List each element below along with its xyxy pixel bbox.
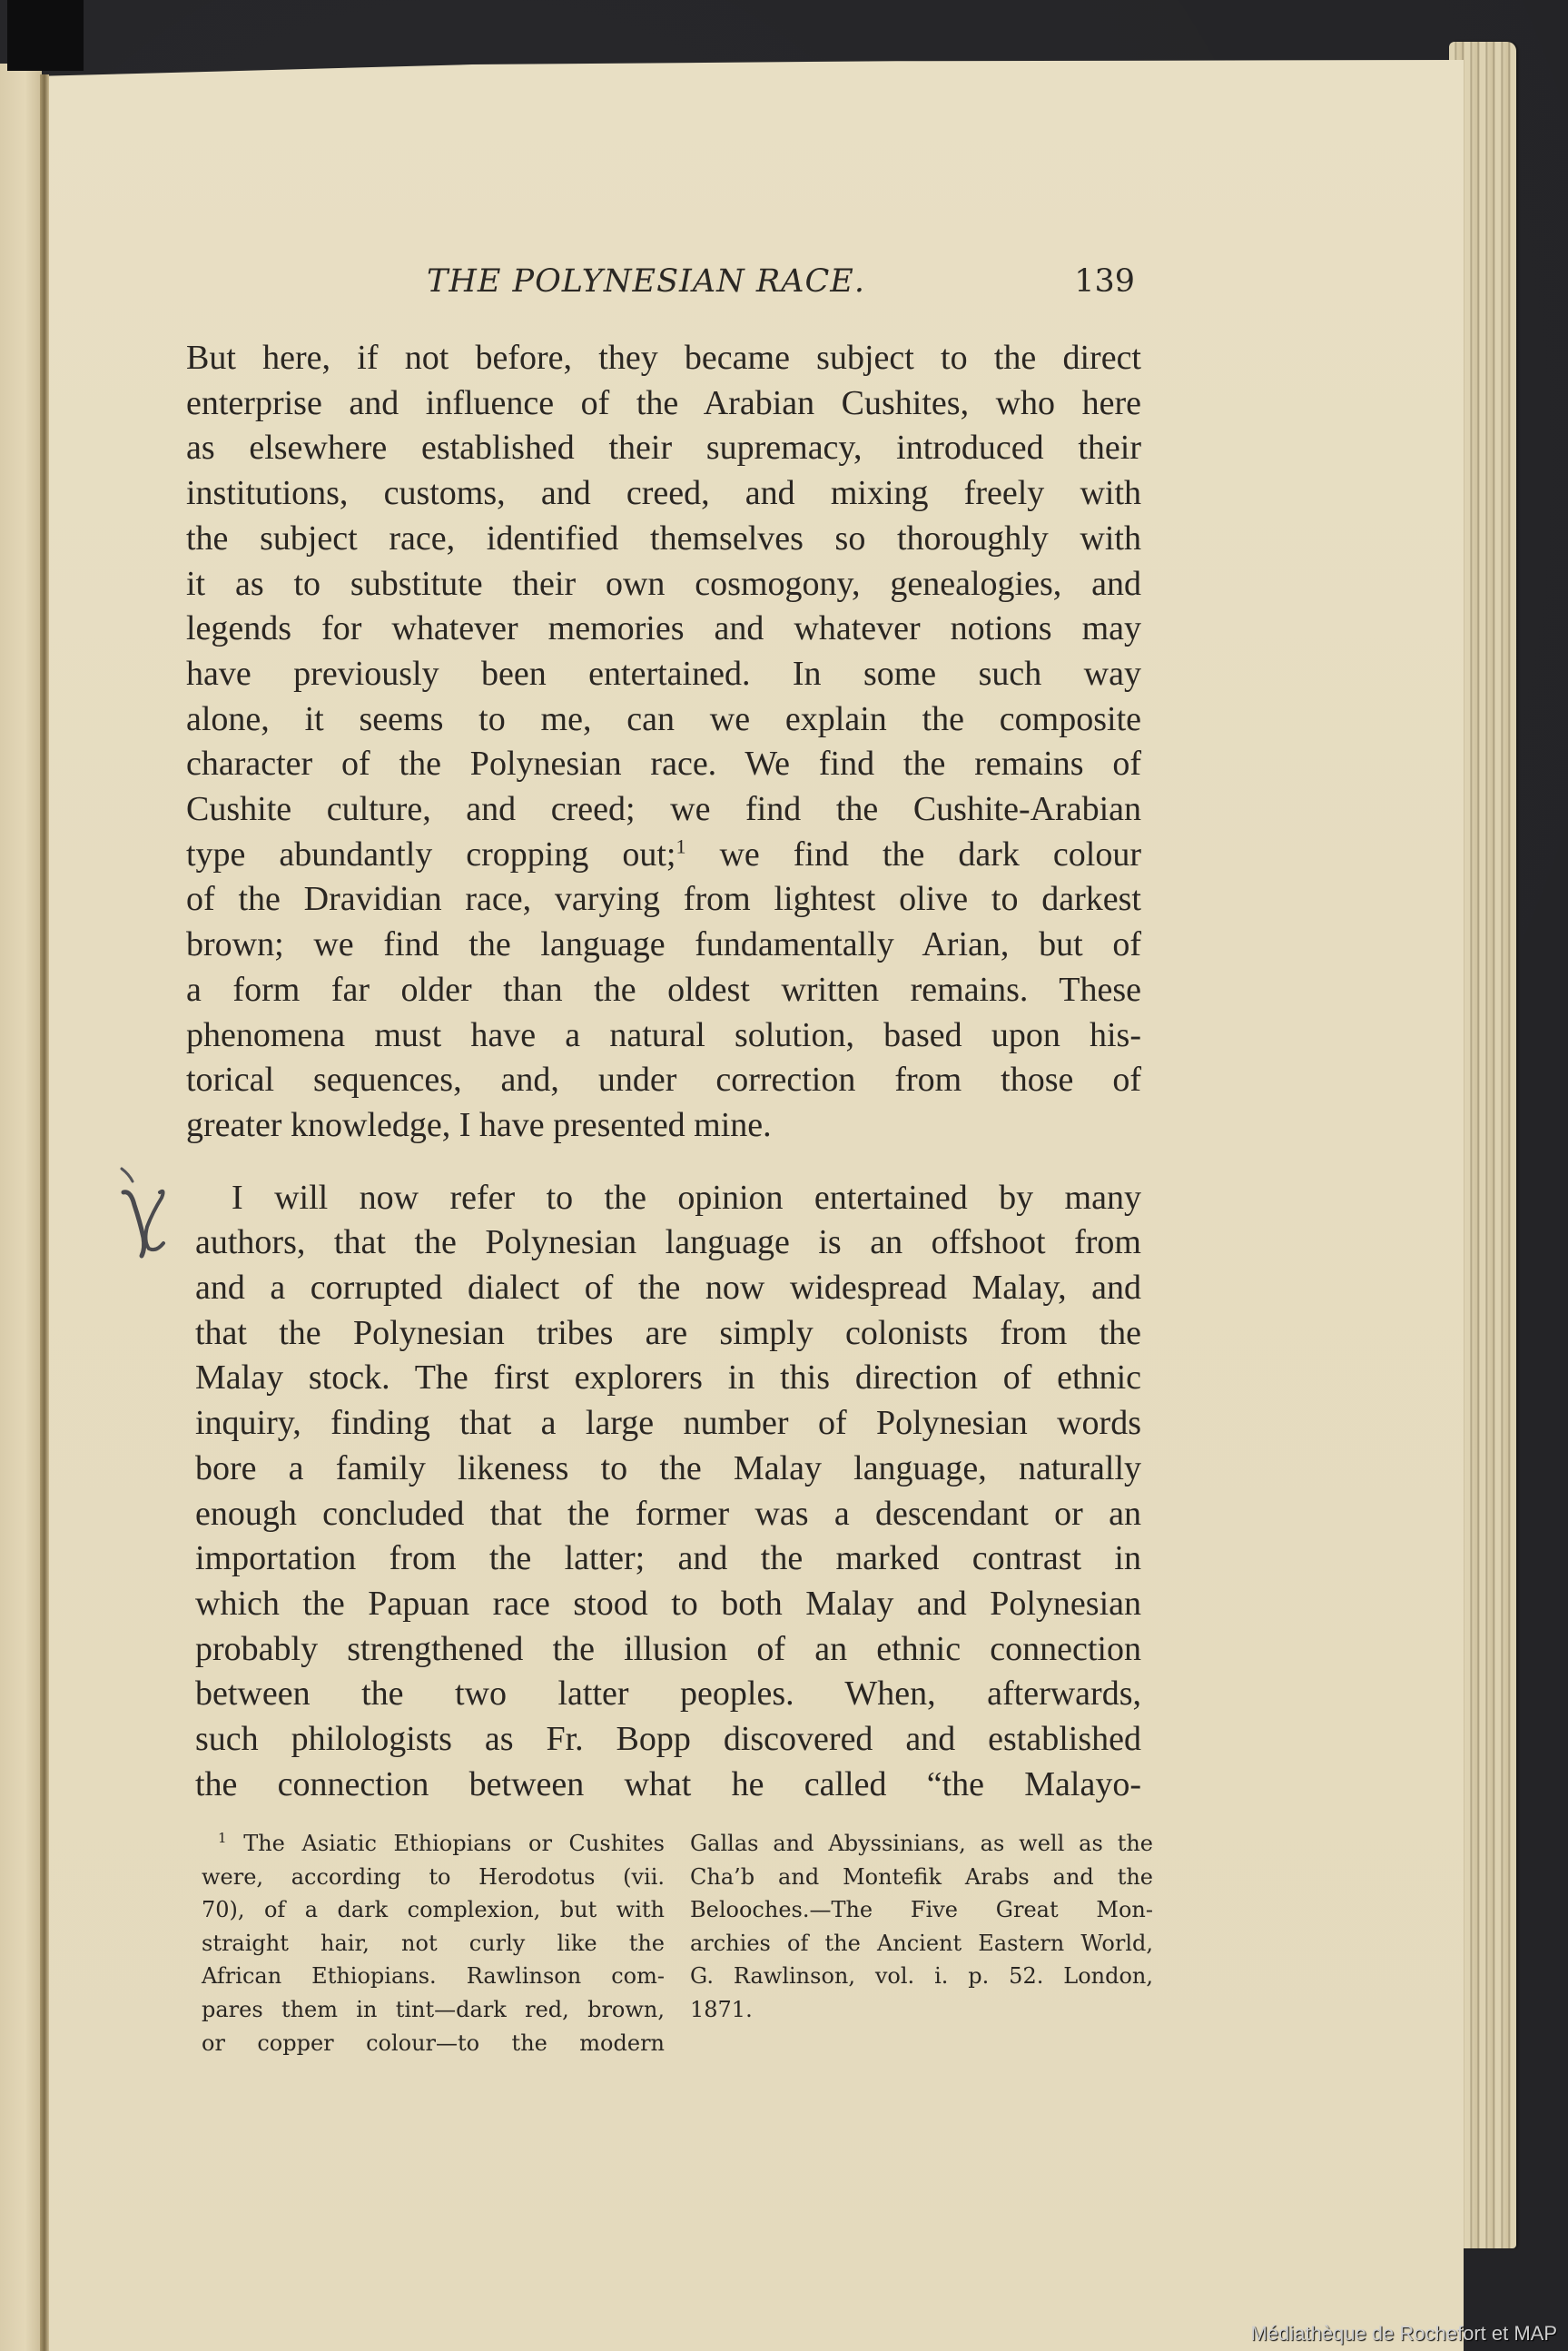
footnote-column-right: Gallas and Abyssinians, as well as the C… (690, 1827, 1153, 2060)
text-line: torical sequences, and, under correction… (186, 1058, 1141, 1103)
footnote-line: straight hair, not curly like the (202, 1927, 665, 1961)
watermark: Médiathèque de Rochefort et MAP (1250, 2322, 1557, 2346)
footnote-line: 1 The Asiatic Ethiopians or Cushites (202, 1827, 665, 1861)
text-segment: we find the dark colour (685, 835, 1141, 874)
text-line-with-footnote: type abundantly cropping out;1 we find t… (186, 833, 1141, 878)
running-head: THE POLYNESIAN RACE. 139 (427, 263, 1135, 300)
text-line: greater knowledge, I have presented mine… (186, 1103, 1141, 1149)
text-line: that the Polynesian tribes are simply co… (195, 1311, 1141, 1357)
text-line: Malay stock. The first explorers in this… (195, 1356, 1141, 1401)
footnote-line: G. Rawlinson, vol. i. p. 52. London, (690, 1960, 1153, 1993)
text-line: probably strengthened the illusion of an… (195, 1627, 1141, 1673)
book-gutter (40, 74, 49, 2351)
text-line: alone, it seems to me, can we explain th… (186, 697, 1141, 743)
body-text: But here, if not before, they became sub… (186, 336, 1141, 1808)
text-line: brown; we find the language fundamentall… (186, 923, 1141, 968)
text-line: I will now refer to the opinion entertai… (195, 1176, 1141, 1221)
footnote-line: 1871. (690, 1993, 1153, 2027)
text-line: between the two latter peoples. When, af… (195, 1672, 1141, 1717)
footnote-line: or copper colour—to the modern (202, 2027, 665, 2060)
facing-page-edge (0, 64, 42, 2351)
footnote-line: were, according to Herodotus (vii. (202, 1861, 665, 1894)
text-line: of the Dravidian race, varying from ligh… (186, 877, 1141, 923)
text-line: as elsewhere established their supremacy… (186, 426, 1141, 471)
text-line: institutions, customs, and creed, and mi… (186, 471, 1141, 517)
text-line: it as to substitute their own cosmogony,… (186, 562, 1141, 608)
footnote-line: archies of the Ancient Eastern World, (690, 1927, 1153, 1961)
text-line: the connection between what he called “t… (195, 1763, 1141, 1808)
footnote-line: Belooches.—The Five Great Mon- (690, 1893, 1153, 1927)
handwritten-x-mark-icon (116, 1165, 171, 1265)
text-line: importation from the latter; and the mar… (195, 1536, 1141, 1582)
text-line: such philologists as Fr. Bopp discovered… (195, 1717, 1141, 1763)
text-line: a form far older than the oldest written… (186, 968, 1141, 1013)
footnote-column-left: 1 The Asiatic Ethiopians or Cushites wer… (202, 1827, 665, 2060)
text-line: bore a family likeness to the Malay lang… (195, 1447, 1141, 1492)
footnote-line: 70), of a dark complexion, but with (202, 1893, 665, 1927)
running-title: THE POLYNESIAN RACE. (427, 263, 865, 300)
text-line: character of the Polynesian race. We fin… (186, 742, 1141, 787)
text-line: the subject race, identified themselves … (186, 517, 1141, 562)
page-number: 139 (1074, 263, 1135, 300)
binding-shadow (7, 0, 84, 71)
paragraph-2: I will now refer to the opinion entertai… (186, 1176, 1141, 1808)
text-line: enough concluded that the former was a d… (195, 1492, 1141, 1537)
footnote-line: pares them in tint—dark red, brown, (202, 1993, 665, 2027)
text-line: authors, that the Polynesian language is… (195, 1220, 1141, 1266)
footnote-line: Cha’b and Montefik Arabs and the (690, 1861, 1153, 1894)
footnote-line: Gallas and Abyssinians, as well as the (690, 1827, 1153, 1861)
text-line: phenomena must have a natural solution, … (186, 1013, 1141, 1059)
text-line: and a corrupted dialect of the now wides… (195, 1266, 1141, 1311)
text-segment: type abundantly cropping out; (186, 835, 676, 874)
text-line: have previously been entertained. In som… (186, 652, 1141, 697)
text-line: inquiry, finding that a large number of … (195, 1401, 1141, 1447)
text-line: enterprise and influence of the Arabian … (186, 381, 1141, 427)
text-line: But here, if not before, they became sub… (186, 336, 1141, 381)
footnote-marker: 1 (218, 1830, 227, 1846)
text-line: Cushite culture, and creed; we find the … (186, 787, 1141, 833)
footnote-line: African Ethiopians. Rawlinson com- (202, 1960, 665, 1993)
text-line: legends for whatever memories and whatev… (186, 607, 1141, 652)
footnote-reference[interactable]: 1 (676, 835, 685, 857)
text-line: which the Papuan race stood to both Mala… (195, 1582, 1141, 1627)
footnotes: 1 The Asiatic Ethiopians or Cushites wer… (202, 1827, 1155, 2060)
paragraph-1: But here, if not before, they became sub… (186, 336, 1141, 1149)
